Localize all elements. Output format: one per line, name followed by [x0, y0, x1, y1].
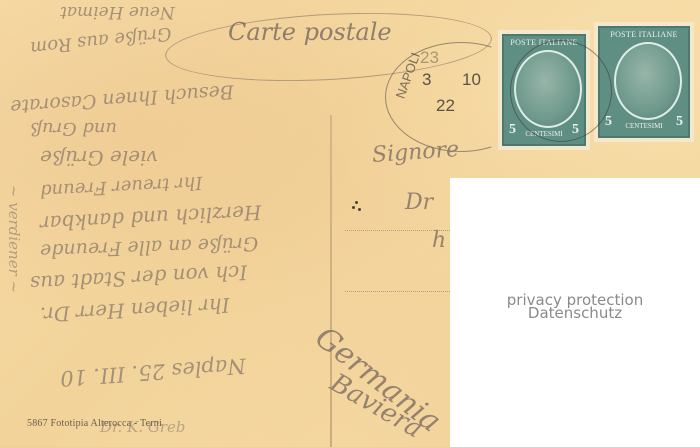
message-line: und Gruß — [30, 118, 117, 139]
postmark-hour: 23 — [420, 48, 439, 68]
stamp-label: POSTE ITALIANE — [600, 30, 688, 39]
address-salutation: Signore — [371, 137, 460, 168]
message-line: Ihr treuer Freund — [40, 172, 203, 201]
address-line — [345, 291, 450, 292]
header-title: Carte postale — [228, 18, 392, 46]
message-line: Besuch Ihnen Casorate — [10, 80, 235, 118]
dots-mark — [352, 201, 362, 211]
message-line: Naples 25. III. 10 — [59, 354, 246, 391]
king-portrait-icon — [614, 42, 682, 120]
postmark-year: 22 — [436, 96, 455, 116]
publisher-imprint: 5867 Fototipia Alterocca - Terni — [27, 418, 162, 429]
stamp-value: 5 — [676, 114, 683, 130]
message-line: Grüße aus Rom — [29, 23, 172, 59]
message-line: Neue Heimat — [60, 2, 175, 22]
address-name: Dr — [405, 190, 433, 215]
postmark-month: 10 — [462, 70, 481, 90]
margin-writing-vertical: ~ verdiener ~ — [5, 185, 23, 293]
address-line3: h — [432, 228, 446, 253]
message-line: viele Grüße — [40, 146, 158, 170]
message-line: Herzlich und dankbar — [40, 200, 262, 236]
postmark-day: 3 — [422, 70, 431, 90]
postmark-cancel-arc — [510, 40, 612, 142]
privacy-text-de: Datenschutz — [450, 304, 700, 322]
address-line — [345, 230, 450, 231]
message-line: Ihr lieben Herr Dr. — [40, 293, 231, 327]
privacy-overlay: privacy protection Datenschutz — [450, 178, 700, 447]
stamp-denomination: CENTESIMI — [600, 122, 688, 130]
postcard-back: Neue Heimat Grüße aus Rom Besuch Ihnen C… — [0, 0, 700, 447]
message-line: Ich von der Stadt aus — [30, 260, 248, 295]
message-line: Grüße an alle Freunde — [40, 232, 259, 262]
